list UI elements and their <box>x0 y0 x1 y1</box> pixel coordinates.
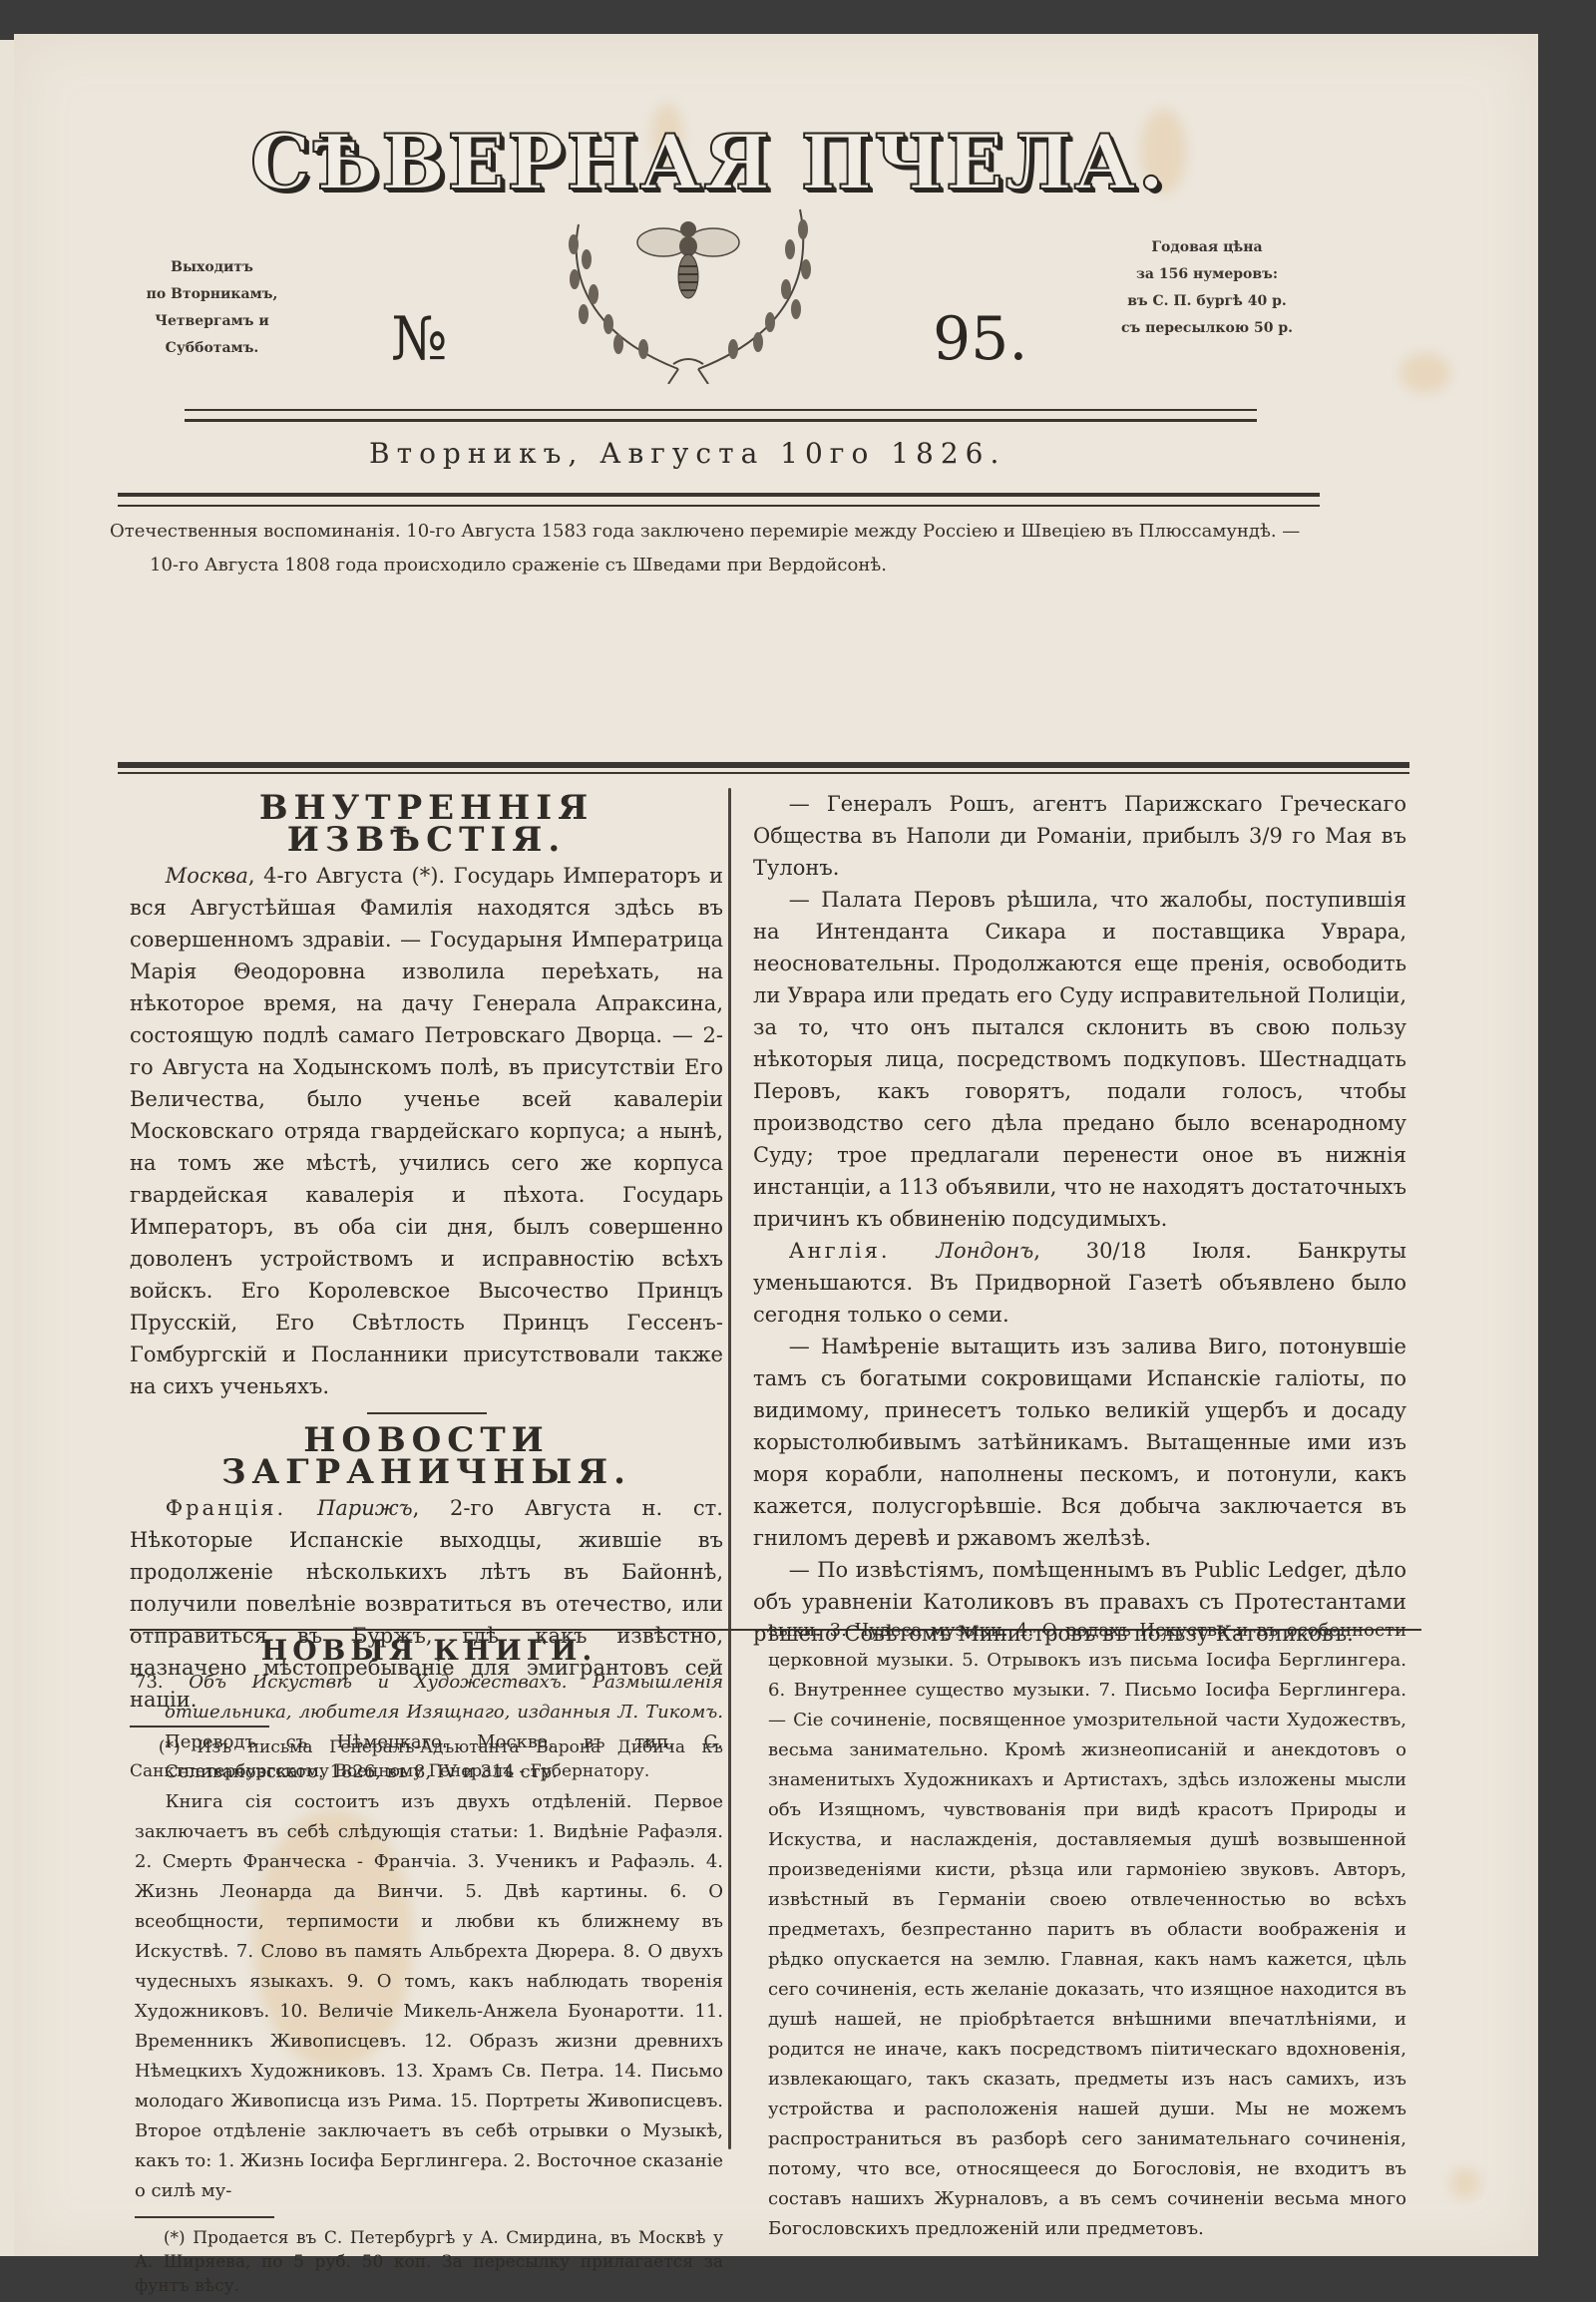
book-imprint: Переводъ съ Нѣмецкаго. Москва, въ тип. С… <box>165 1731 723 1782</box>
dateline-rule-second <box>118 505 1320 507</box>
new-books-left: НОВЫЯ КНИГИ. 73. Объ Искуствѣ и Художест… <box>135 1636 723 2298</box>
section-separator <box>367 1412 487 1414</box>
masthead-rule-top-second <box>185 419 1257 422</box>
subscription-price: Годовая цѣна за 156 нумеровъ: въ С. П. б… <box>1102 234 1312 342</box>
header-rule-second <box>118 772 1409 774</box>
dateline-rule <box>118 493 1320 497</box>
issue-number: 95. <box>933 304 1027 374</box>
column-divider <box>728 788 731 1651</box>
bee-in-laurel-wreath-icon <box>539 204 838 384</box>
england-news-paragraph: Англія. Лондонъ, 30/18 Іюля. Банкруты ум… <box>753 1235 1406 1331</box>
book-entry-number: 73. <box>135 1672 164 1693</box>
header-rule <box>118 762 1409 768</box>
book-review-body: Книга сія состоитъ изъ двухъ отдѣленій. … <box>135 1787 723 2206</box>
price-line: Годовая цѣна <box>1102 234 1312 261</box>
price-line: за 156 нумеровъ: <box>1102 261 1312 288</box>
book-entry: 73. Объ Искуствѣ и Художествахъ. Размышл… <box>135 1668 723 1787</box>
price-line: въ С. П. бургѣ 40 р. <box>1102 288 1312 315</box>
footnote-separator <box>135 2216 274 2218</box>
country-name: Англія. <box>789 1239 891 1263</box>
book-review-continued: зыки. 3. Чудеса музыки. 4. О родахъ Иску… <box>768 1616 1406 2244</box>
country-name: Франція. <box>166 1496 287 1520</box>
new-books-right: зыки. 3. Чудеса музыки. 4. О родахъ Иску… <box>768 1616 1406 2244</box>
masthead-rule-top <box>185 409 1257 411</box>
dateline-place: Парижъ <box>317 1496 413 1520</box>
issue-number-sign: № <box>391 304 448 374</box>
domestic-news-paragraph: Москва, 4-го Августа (*). Государь Импер… <box>130 860 723 1402</box>
column-divider-lower <box>728 1636 731 2149</box>
recollections-line-2: 10-го Августа 1808 года происходило сраж… <box>110 549 1476 582</box>
news-paragraph: — Палата Перовъ рѣшила, что жалобы, пост… <box>753 884 1406 1235</box>
section-heading-books: НОВЫЯ КНИГИ. <box>135 1636 723 1666</box>
schedule-line: по Вторникамъ, <box>120 281 304 308</box>
right-column: — Генералъ Рошъ, агентъ Парижскаго Грече… <box>753 788 1406 1650</box>
recollections-line-1: Отечественныя воспоминанія. 10-го Август… <box>110 515 1476 549</box>
dateline-place: Лондонъ <box>936 1239 1033 1263</box>
newspaper-title: СѢВЕРНАЯ ПЧЕЛА. <box>234 118 1182 206</box>
dateline-place: Москва <box>166 864 248 888</box>
schedule-line: Четвергамъ и <box>120 308 304 335</box>
section-heading-foreign: НОВОСТИ ЗАГРАНИЧНЫЯ. <box>130 1424 723 1488</box>
issue-date: Вторникъ, Августа 10го 1826. <box>369 437 1067 470</box>
news-paragraph: — Генералъ Рошъ, агентъ Парижскаго Грече… <box>753 788 1406 884</box>
section-heading-domestic: ВНУТРЕННІЯ ИЗВѢСТІЯ. <box>130 792 723 856</box>
book-footnote: (*) Продается въ С. Петербургѣ у А. Смир… <box>135 2226 723 2298</box>
price-line: съ пересылкою 50 р. <box>1102 315 1312 342</box>
schedule-line: Субботамъ. <box>120 335 304 362</box>
publication-schedule: Выходитъ по Вторникамъ, Четвергамъ и Суб… <box>120 254 304 362</box>
news-paragraph: — Намѣреніе вытащить изъ залива Виго, по… <box>753 1331 1406 1554</box>
book-title: Объ Искуствѣ и Художествахъ. Размышленія… <box>165 1672 723 1723</box>
schedule-line: Выходитъ <box>120 254 304 281</box>
national-recollections: Отечественныя воспоминанія. 10-го Август… <box>110 515 1476 582</box>
domestic-news-body: , 4-го Августа (*). Государь Императоръ … <box>130 864 723 1398</box>
